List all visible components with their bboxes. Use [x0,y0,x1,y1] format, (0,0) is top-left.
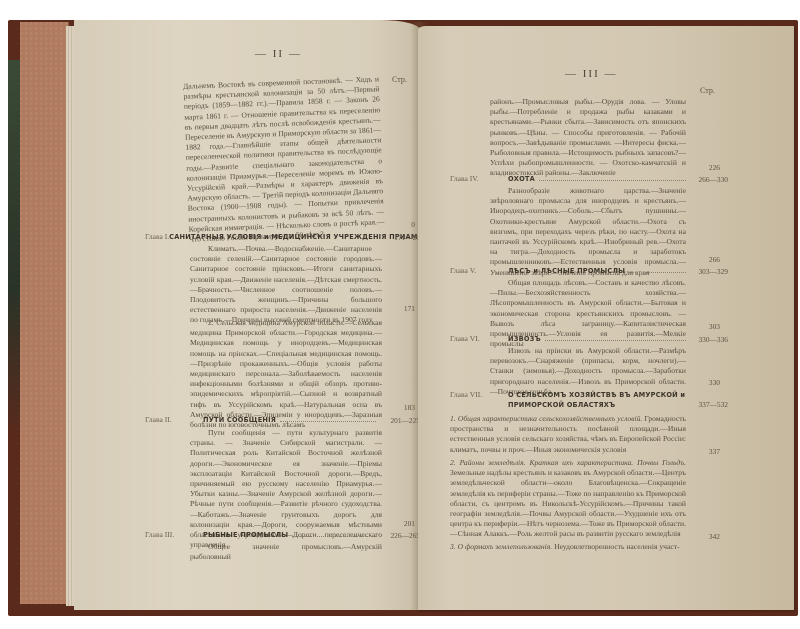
toc-description: 2. Сельская медицина Амурской области.—С… [190,318,382,430]
page-ref: 330 [700,378,720,387]
chapter-label: Глава VII. [450,390,508,399]
left-folio: — II — [255,48,302,60]
chapter-4-body: Разнообразіе животнаго царства.—Значеніе… [490,186,686,278]
toc-description: Общее значеніе промысловъ.—Амурскій рыбо… [190,542,382,562]
section-heading: 3. О формахъ землепользованія. [450,542,552,551]
marbled-endpaper [20,22,69,604]
dot-leader [629,272,686,273]
toc-chapter-6[interactable]: Глава VI. ИЗВОЗЪ [450,334,690,343]
dot-leader [280,421,376,422]
chapter-label: Глава III. [145,530,203,539]
chapter-label: Глава V. [450,266,508,275]
page-ref: 303 [700,322,720,331]
section-heading: 1. Общая характеристика сельскохозяйстве… [450,414,642,423]
chapter-label: Глава VI. [450,334,508,343]
page-ref: 226 [700,163,720,172]
toc-description: Земельные надѣлы крестьянъ и казаковъ въ… [450,468,686,538]
chapter-7-section-3: 3. О формахъ землепользованія. Неудовлет… [450,542,686,552]
left-str-label: Стр. [392,75,407,84]
chapter-title: ЛѢСЪ и ЛѢСНЫЕ ПРОМЫСЛЫ [508,267,625,275]
chapter-title: РЫБНЫЕ ПРОМЫСЛЫ [203,531,288,539]
page-ref: 342 [700,532,720,541]
page-ref: 337 [700,447,720,456]
page-ref: 266 [700,255,720,264]
toc-chapter-3[interactable]: Глава III. РЫБНЫЕ ПРОМЫСЛЫ [145,530,380,539]
right-folio: — III — [565,68,618,80]
dot-leader [545,340,686,341]
chapter-label: Глава II. [145,415,203,424]
chapter-pages: 303—329 [688,267,728,276]
chapter-title: ОХОТА [508,175,535,183]
toc-chapter-7[interactable]: Глава VII. О СЕЛЬСКОМЪ ХОЗЯЙСТВѢ ВЪ АМУР… [450,390,690,410]
dot-leader [292,536,376,537]
chapter-label: Глава I. [145,232,169,241]
chapter-pages: 337—532 [688,400,728,409]
toc-description: Разнообразіе животнаго царства.—Значеніе… [490,186,686,278]
chapter-7-section-1: 1. Общая характеристика сельскохозяйстве… [450,414,686,455]
right-str-label: Стр. [700,86,715,95]
toc-chapter-1[interactable]: Глава I. САНИТАРНЫЯ УСЛОВІЯ и МЕДИЦИНСКІ… [145,232,380,241]
chapter-1-body-2: 2. Сельская медицина Амурской области.—С… [190,318,382,430]
chapter-title: ИЗВОЗЪ [508,335,541,343]
chapter-pages: 266—330 [688,175,728,184]
dot-leader [539,180,686,181]
chapter-title: О СЕЛЬСКОМЪ ХОЗЯЙСТВѢ ВЪ АМУРСКОЙ и ПРИМ… [508,390,688,410]
toc-description: Неудовлетворенность населенія участ- [554,542,679,551]
section-heading: 2. Районы земледѣлія. [450,458,526,467]
left-intro-text: Дальнемъ Востокѣ въ современной постанов… [183,74,385,245]
chapter-title: ПУТИ СООБЩЕНІЯ [203,416,276,424]
section-subheading: Краткая ихъ характеристика. Почвы Гольдъ… [529,458,686,467]
toc-description: Климатъ.—Почва.—Водоснабженіе.—Санитарно… [190,244,382,326]
toc-chapter-2[interactable]: Глава II. ПУТИ СООБЩЕНІЯ [145,415,380,424]
chapter-label: Глава IV. [450,174,508,183]
toc-chapter-4[interactable]: Глава IV. ОХОТА [450,174,690,183]
right-continued-text: районъ.—Промысловыя рыбы.—Орудія лова. —… [490,97,686,179]
toc-description: районъ.—Промысловыя рыбы.—Орудія лова. —… [490,97,686,179]
chapter-1-body: Климатъ.—Почва.—Водоснабженіе.—Санитарно… [190,244,382,326]
toc-description: Дальнемъ Востокѣ въ современной постанов… [183,74,385,245]
toc-chapter-5[interactable]: Глава V. ЛѢСЪ и ЛѢСНЫЕ ПРОМЫСЛЫ [450,266,690,275]
chapter-pages: 330—336 [688,335,728,344]
chapter-3-body: Общее значеніе промысловъ.—Амурскій рыбо… [190,542,382,562]
chapter-7-section-2: 2. Районы земледѣлія. Краткая ихъ характ… [450,458,686,540]
